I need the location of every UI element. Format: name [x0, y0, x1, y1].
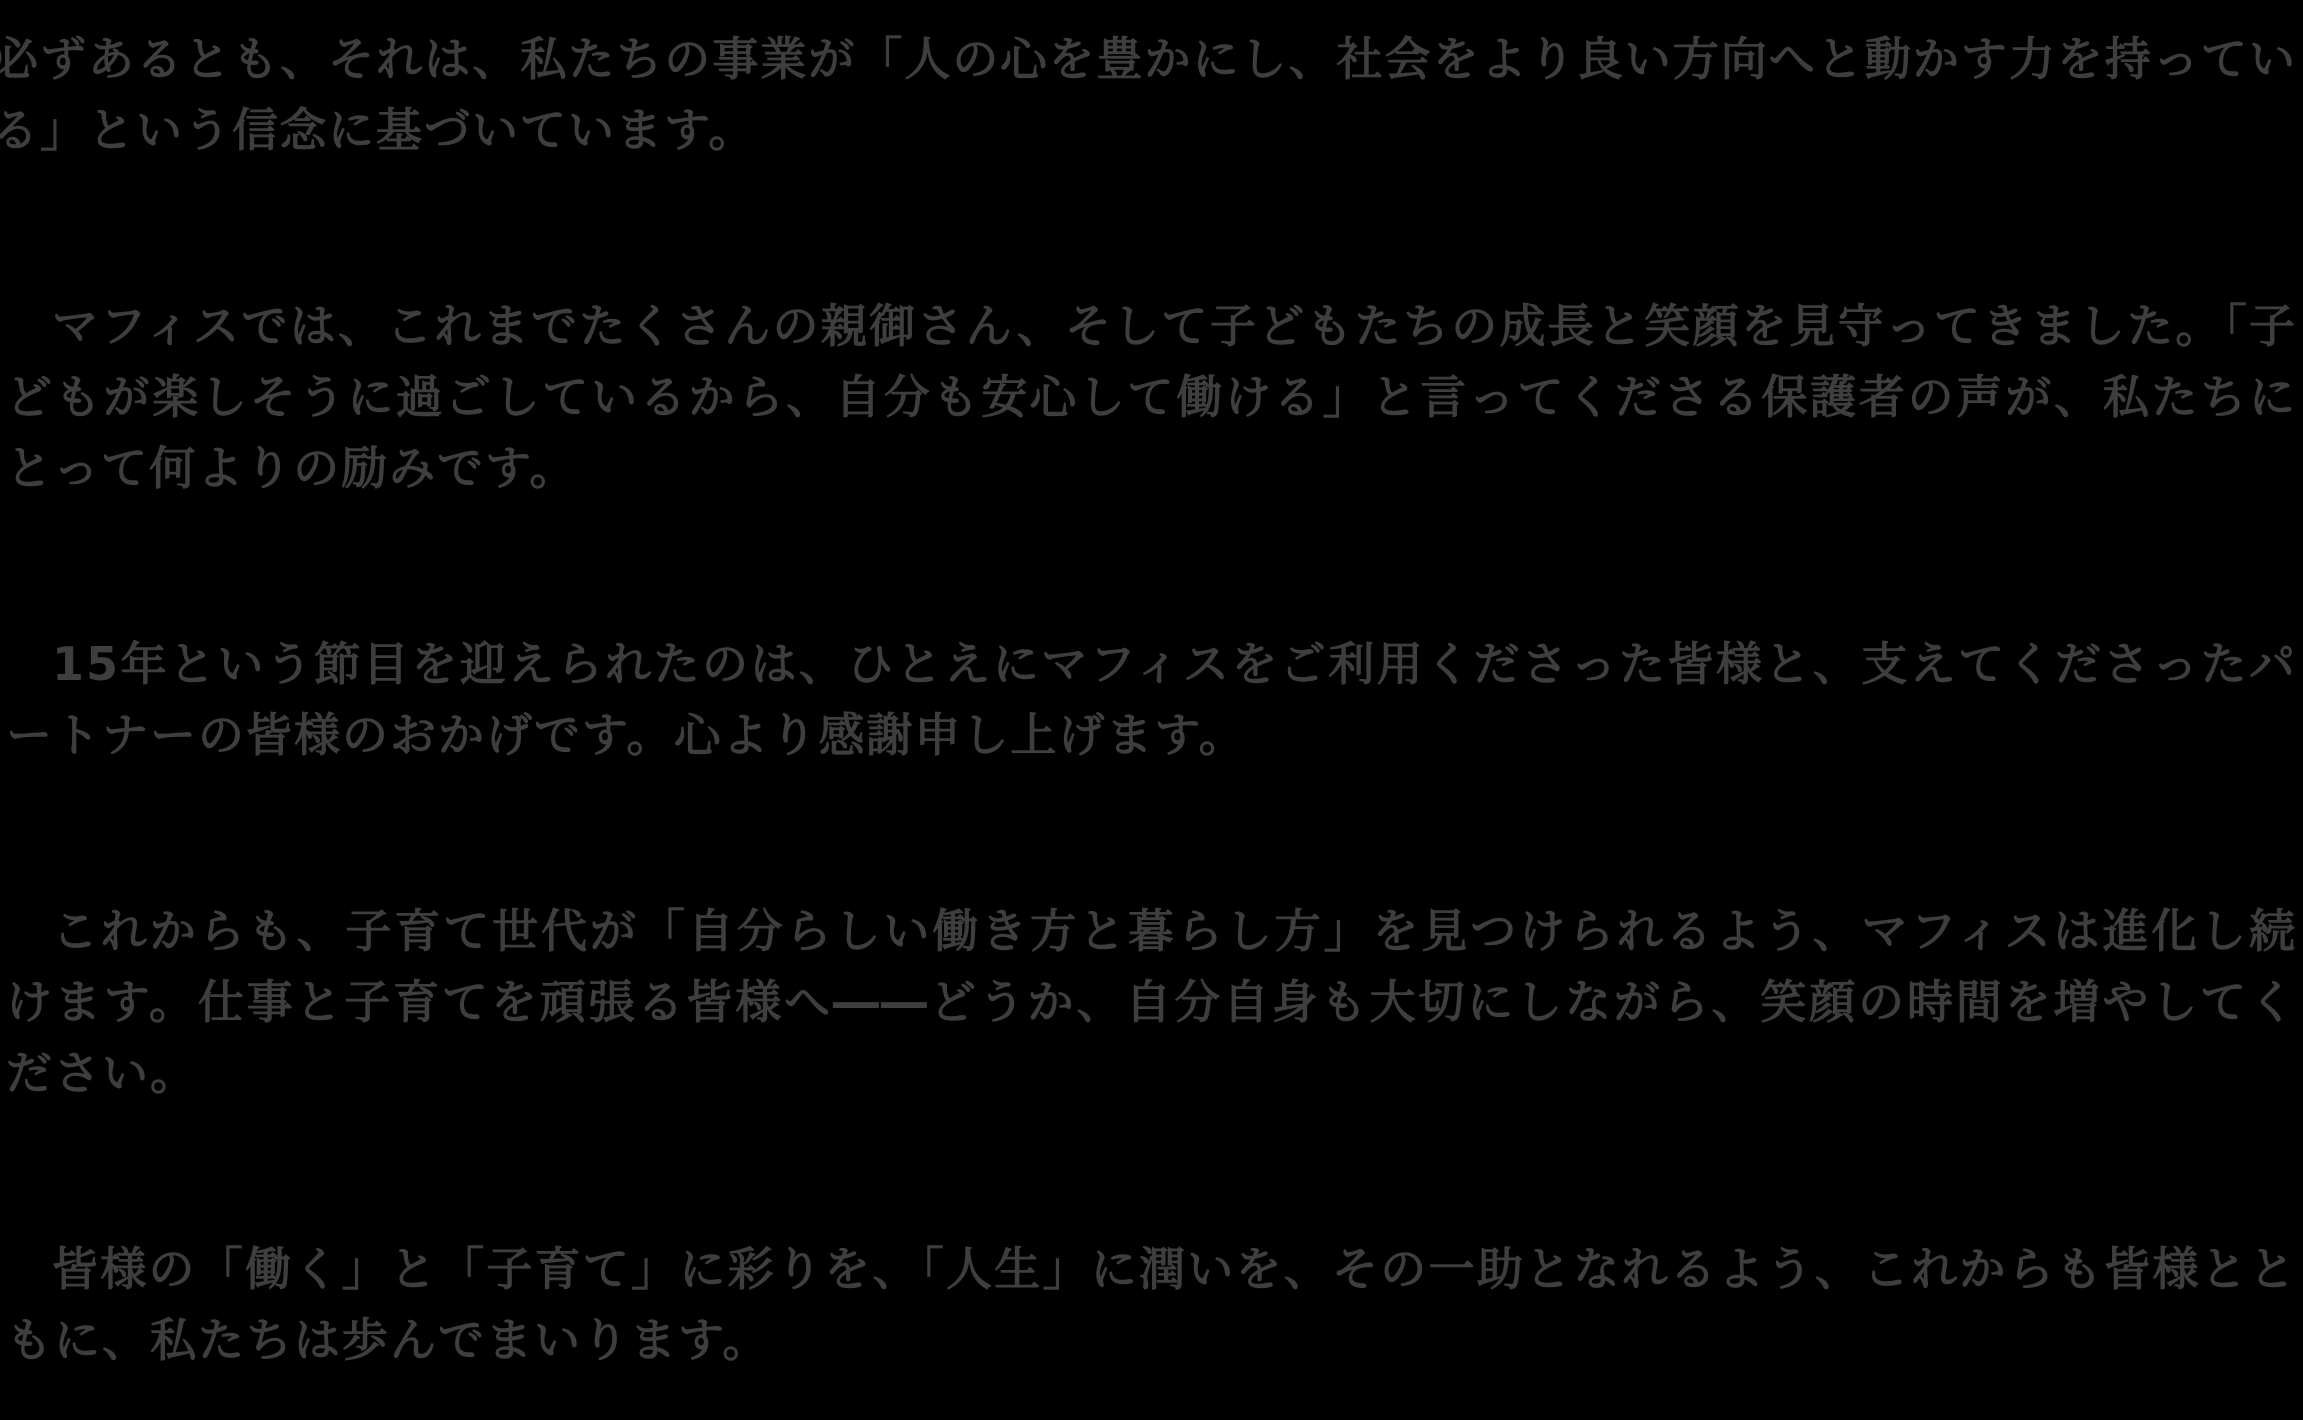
paragraph-5: 皆様の「働く」と「子育て」に彩りを、「人生」に潤いを、その一助となれるよう、これ…	[6, 1234, 2297, 1376]
paragraph-4: これからも、子育て世代が「自分らしい働き方と暮らし方」を見つけられるよう、マフィ…	[6, 896, 2297, 1109]
paragraph-1: 必ずあるとも、それは、私たちの事業が「人の心を豊かにし、社会をより良い方向へと動…	[0, 24, 2297, 166]
paragraph-3: 15年という節目を迎えられたのは、ひとえにマフィスをご利用くださった皆様と、支え…	[6, 629, 2297, 771]
document-body: 必ずあるとも、それは、私たちの事業が「人の心を豊かにし、社会をより良い方向へと動…	[0, 0, 2303, 1420]
paragraph-2: マフィスでは、これまでたくさんの親御さん、そして子どもたちの成長と笑顔を見守って…	[6, 291, 2297, 504]
